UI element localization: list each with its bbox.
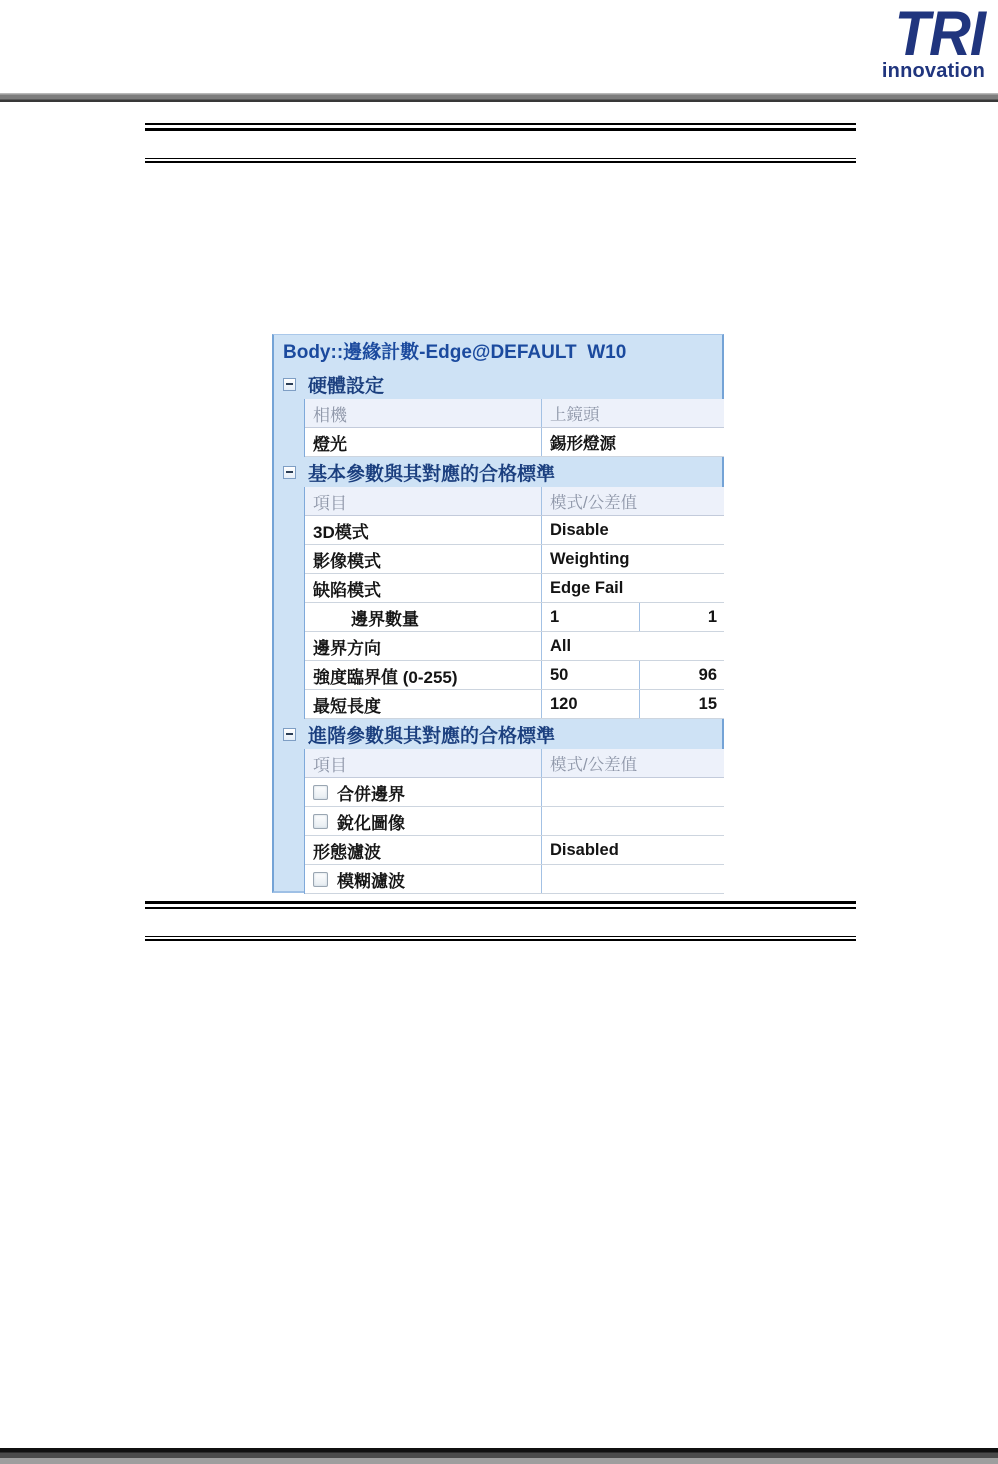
cell-value-tolerance: 15 [640, 690, 724, 718]
cell-value-mode: 1 [542, 603, 640, 631]
cell-label-text: 強度臨界值 (0-255) [313, 663, 458, 688]
section-label: 硬體設定 [308, 371, 384, 398]
cell-label-text: 3D模式 [313, 518, 369, 543]
section-rows: 項目模式/公差值合併邊界銳化圖像形態濾波Disabled模糊濾波 [304, 749, 724, 894]
cell-label: 邊界數量 [305, 603, 542, 631]
cell-value: 模式/公差值 [542, 749, 724, 777]
cell-label-text: 邊界數量 [351, 605, 419, 630]
section-rows: 項目模式/公差值3D模式Disable影像模式Weighting缺陷模式Edge… [304, 487, 724, 719]
divider-thin-lower [145, 936, 856, 941]
collapse-minus-icon[interactable] [283, 466, 296, 479]
cell-label: 影像模式 [305, 545, 542, 573]
cell-value: All [542, 632, 724, 660]
cell-value-tolerance: 1 [640, 603, 724, 631]
property-panel: Body::邊緣計數-Edge@DEFAULT W10 硬體設定相機上鏡頭燈光錫… [272, 334, 724, 893]
minus-glyph [286, 383, 293, 385]
cell-label: 相機 [305, 399, 542, 427]
section-label: 進階參數與其對應的合格標準 [308, 721, 555, 748]
minus-glyph [286, 733, 293, 735]
cell-label: 邊界方向 [305, 632, 542, 660]
cell-value [542, 865, 724, 893]
cell-label-text: 銳化圖像 [337, 809, 405, 834]
grid-row: 銳化圖像 [305, 807, 724, 836]
minus-glyph [286, 471, 293, 473]
cell-label-text: 缺陷模式 [313, 576, 381, 601]
grid-row: 3D模式Disable [305, 516, 724, 545]
cell-label-text: 燈光 [313, 430, 347, 455]
grid-row: 影像模式Weighting [305, 545, 724, 574]
cell-value: 錫形燈源 [542, 428, 724, 456]
section-header: 硬體設定 [274, 369, 722, 399]
collapse-minus-icon[interactable] [283, 728, 296, 741]
tri-logo: TRI innovation [873, 2, 985, 83]
cell-label: 強度臨界值 (0-255) [305, 661, 542, 689]
cell-value-mode: 120 [542, 690, 640, 718]
cell-label-text: 合併邊界 [337, 780, 405, 805]
cell-value [542, 778, 724, 806]
cell-label: 模糊濾波 [305, 865, 542, 893]
cell-value [542, 807, 724, 835]
cell-label: 項目 [305, 487, 542, 515]
grid-row: 邊界方向All [305, 632, 724, 661]
divider-thick-upper [145, 123, 856, 131]
cell-label-text: 項目 [313, 751, 347, 776]
grid-row: 燈光錫形燈源 [305, 428, 724, 457]
panel-title: Body::邊緣計數-Edge@DEFAULT W10 [274, 335, 722, 369]
cell-label: 形態濾波 [305, 836, 542, 864]
divider-thick-lower [145, 901, 856, 909]
cell-value: Disable [542, 516, 724, 544]
divider-thin-upper [145, 158, 856, 163]
panel-sections: 硬體設定相機上鏡頭燈光錫形燈源基本參數與其對應的合格標準項目模式/公差值3D模式… [274, 369, 722, 894]
cell-label: 最短長度 [305, 690, 542, 718]
grid-row: 形態濾波Disabled [305, 836, 724, 865]
cell-label-text: 項目 [313, 489, 347, 514]
checkbox-unchecked-icon[interactable] [313, 785, 328, 800]
grid-row: 缺陷模式Edge Fail [305, 574, 724, 603]
grid-row: 相機上鏡頭 [305, 399, 724, 428]
cell-label: 項目 [305, 749, 542, 777]
grid-row: 最短長度12015 [305, 690, 724, 719]
cell-label-text: 相機 [313, 401, 347, 426]
cell-value: Disabled [542, 836, 724, 864]
cell-label-text: 形態濾波 [313, 838, 381, 863]
section-header: 基本參數與其對應的合格標準 [274, 457, 722, 487]
cell-label-text: 影像模式 [313, 547, 381, 572]
cell-label-text: 模糊濾波 [337, 867, 405, 892]
cell-value: Edge Fail [542, 574, 724, 602]
cell-label: 缺陷模式 [305, 574, 542, 602]
checkbox-unchecked-icon[interactable] [313, 814, 328, 829]
checkbox-unchecked-icon[interactable] [313, 872, 328, 887]
cell-label: 3D模式 [305, 516, 542, 544]
cell-value: Weighting [542, 545, 724, 573]
cell-label-text: 最短長度 [313, 692, 381, 717]
grid-row: 邊界數量11 [305, 603, 724, 632]
cell-value-mode: 50 [542, 661, 640, 689]
section-header: 進階參數與其對應的合格標準 [274, 719, 722, 749]
cell-value: 上鏡頭 [542, 399, 724, 427]
footer-rule [0, 1448, 998, 1464]
collapse-minus-icon[interactable] [283, 378, 296, 391]
grid-row: 項目模式/公差值 [305, 749, 724, 778]
cell-label: 銳化圖像 [305, 807, 542, 835]
section-rows: 相機上鏡頭燈光錫形燈源 [304, 399, 724, 457]
grid-row: 模糊濾波 [305, 865, 724, 894]
cell-value-tolerance: 96 [640, 661, 724, 689]
cell-label-text: 邊界方向 [313, 634, 381, 659]
cell-label: 燈光 [305, 428, 542, 456]
cell-label: 合併邊界 [305, 778, 542, 806]
grid-row: 合併邊界 [305, 778, 724, 807]
grid-row: 項目模式/公差值 [305, 487, 724, 516]
document-page: TRI innovation Body::邊緣計數-Edge@DEFAULT W… [0, 0, 998, 1464]
grid-row: 強度臨界值 (0-255)5096 [305, 661, 724, 690]
tri-logo-mark: TRI [873, 2, 985, 67]
header-rule [0, 93, 998, 102]
section-label: 基本參數與其對應的合格標準 [308, 459, 555, 486]
cell-value: 模式/公差值 [542, 487, 724, 515]
